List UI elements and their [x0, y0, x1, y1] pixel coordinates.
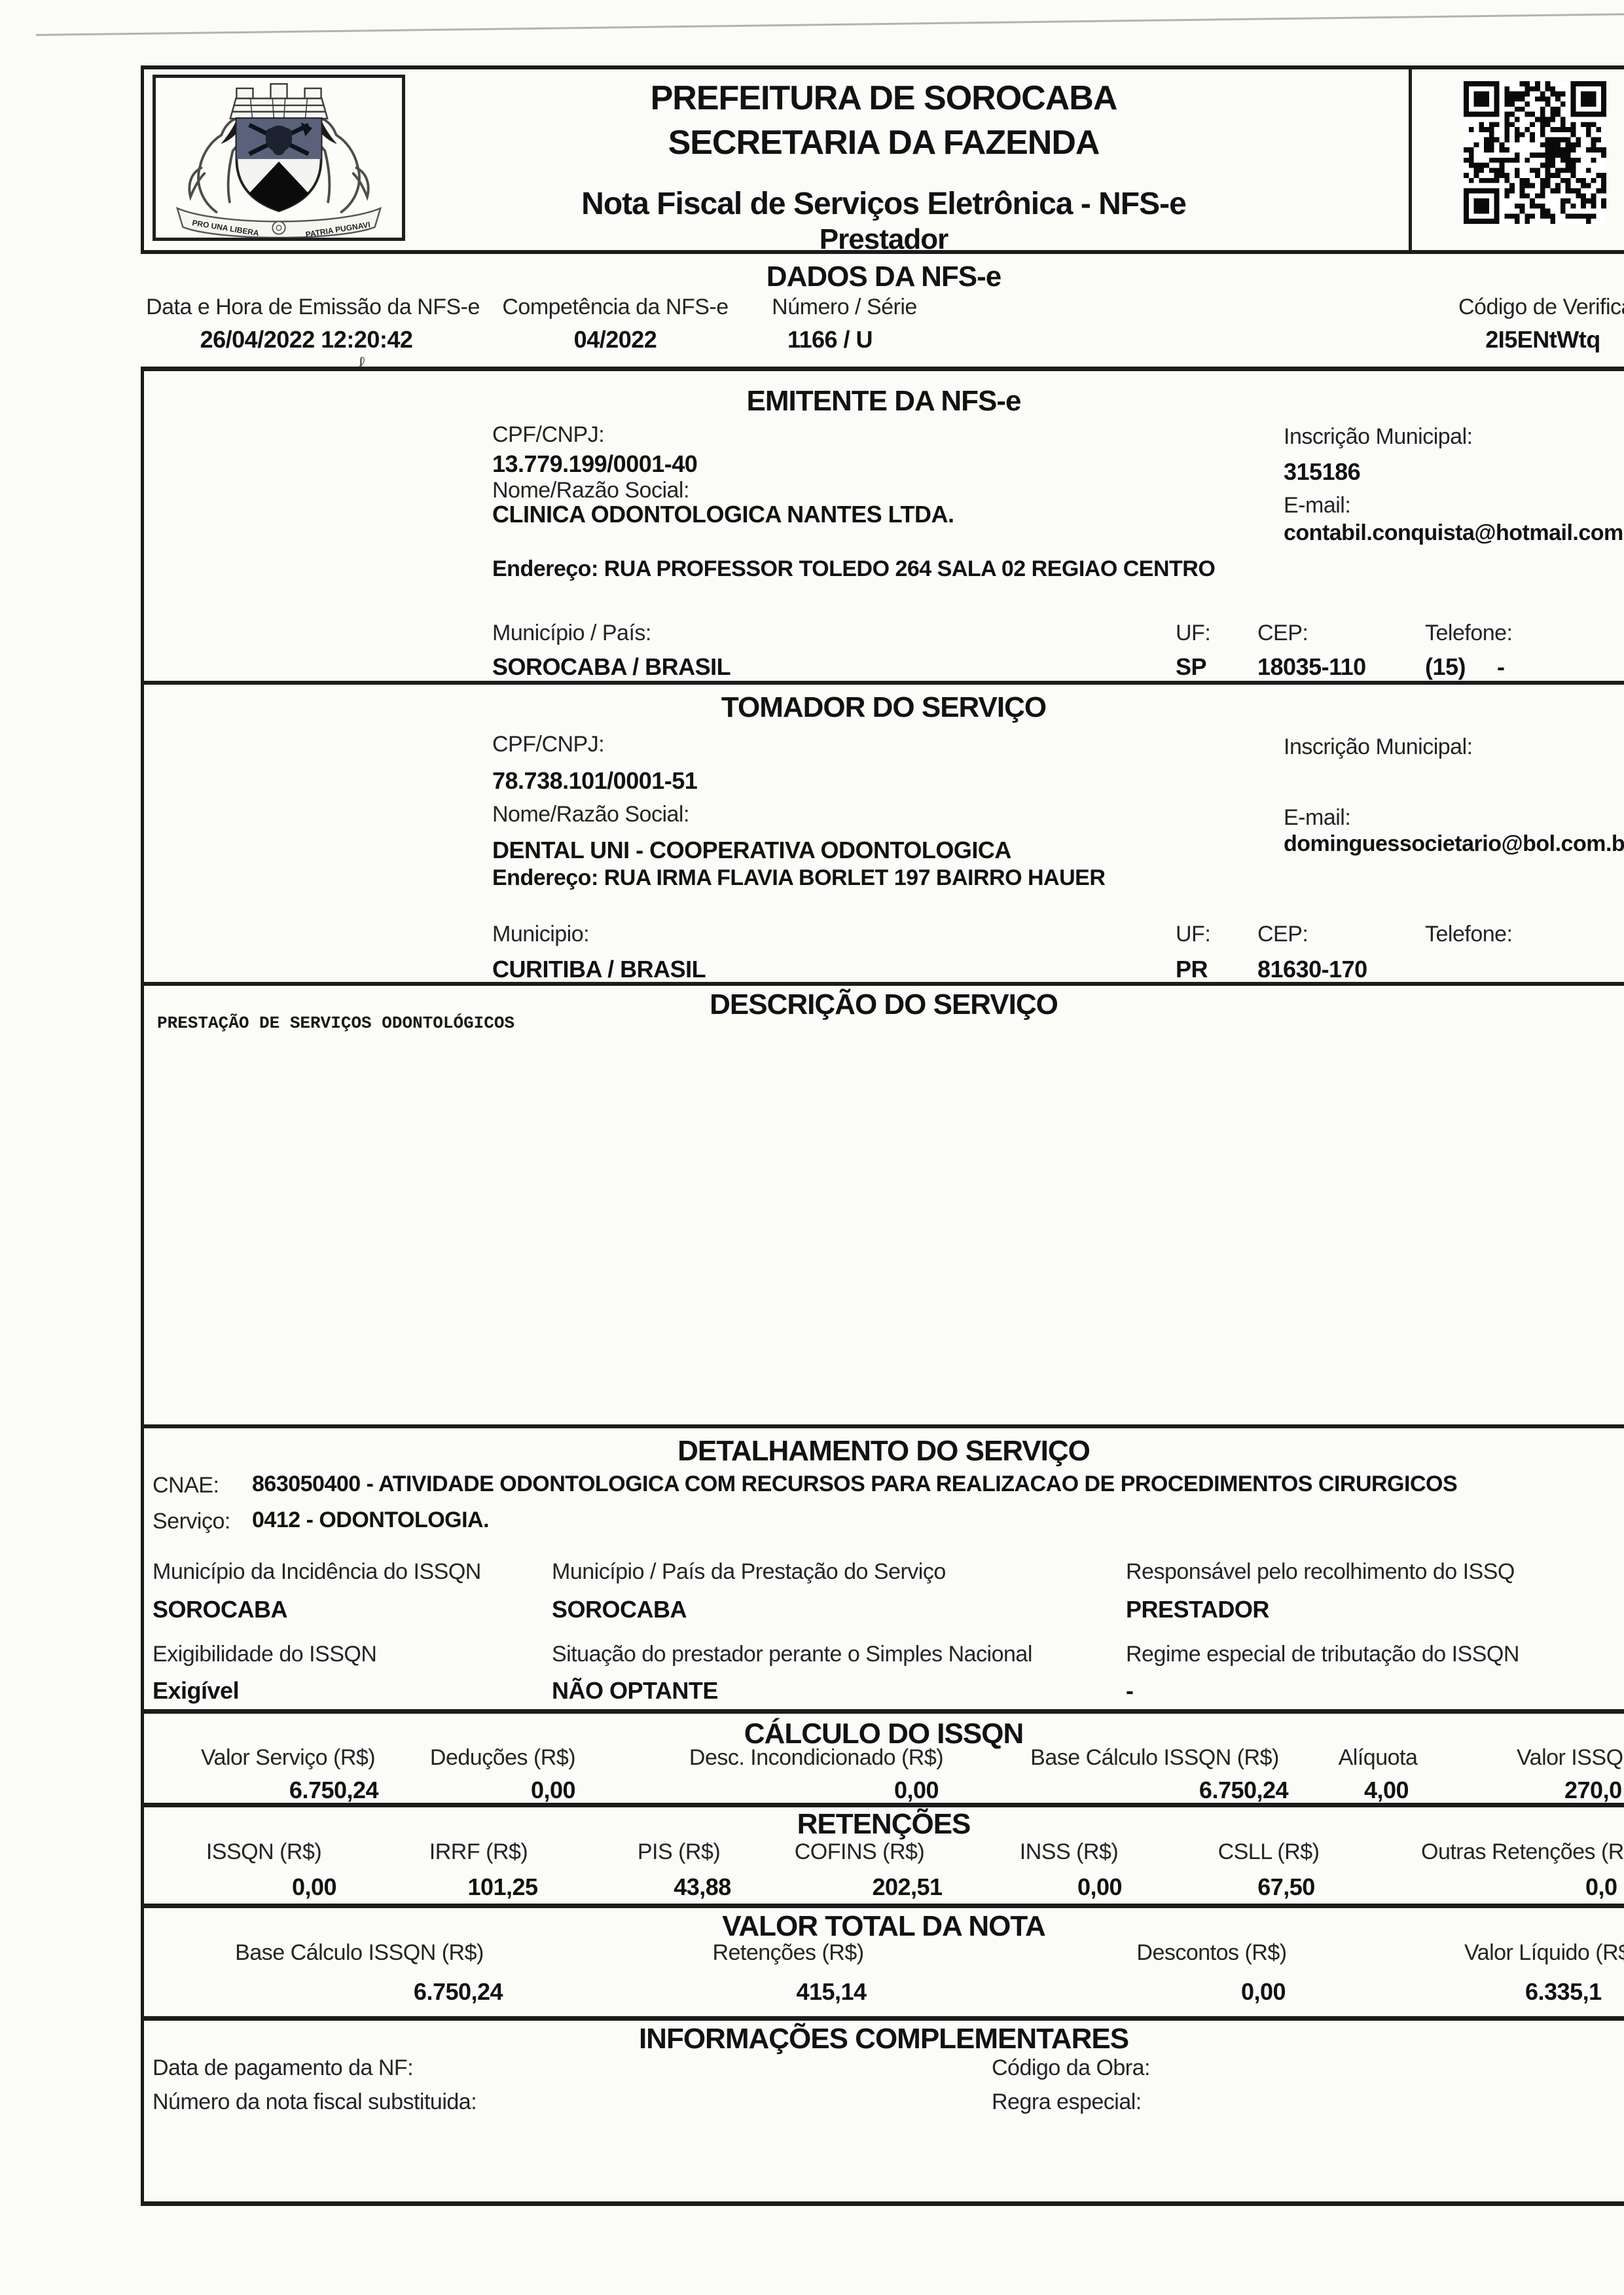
retencoes-value: 0,00: [1077, 1873, 1122, 1901]
prestacao-value: SOROCABA: [552, 1596, 687, 1623]
simples-label: Situação do prestador perante o Simples …: [552, 1642, 1032, 1667]
calculo-value: 270,0: [1564, 1777, 1622, 1804]
retencoes-value: 0,00: [292, 1873, 336, 1901]
divider-emitente-tomador: [143, 681, 1624, 685]
scan-artifact-line: [36, 13, 1624, 36]
header-dept-title: SECRETARIA DA FAZENDA: [141, 123, 1624, 162]
tomador-municipio-label: Municipio:: [492, 922, 589, 947]
detalhamento-section-title: DETALHAMENTO DO SERVIÇO: [141, 1435, 1624, 1468]
tomador-email-label: E-mail:: [1284, 805, 1350, 831]
nfse-document-page: PRO UNA LIBERA PATRIA PUGNAVI PREFEITURA…: [0, 0, 1624, 2295]
emitente-endereco: Endereço: RUA PROFESSOR TOLEDO 264 SALA …: [492, 556, 1215, 582]
tomador-nome-value: DENTAL UNI - COOPERATIVA ODONTOLOGICA: [492, 837, 1011, 864]
calculo-header: Desc. Incondicionado (R$): [689, 1745, 943, 1771]
emitente-uf-label: UF:: [1176, 621, 1210, 646]
main-box-bottom-border: [141, 2201, 1624, 2206]
calculo-header: Alíquota: [1339, 1745, 1418, 1771]
header-box-top-border: [141, 65, 1624, 69]
emitente-nome-label: Nome/Razão Social:: [492, 478, 689, 503]
calculo-value: 4,00: [1364, 1777, 1409, 1804]
codigo-value: 2I5ENtWtq: [1485, 326, 1600, 353]
valortotal-header: Base Cálculo ISSQN (R$): [235, 1940, 484, 1966]
competencia-label: Competência da NFS-e: [502, 295, 728, 320]
numero-label: Número / Série: [772, 295, 917, 320]
emitente-im-value: 315186: [1284, 458, 1360, 486]
servico-value: 0412 - ODONTOLOGIA.: [252, 1508, 489, 1533]
exigibilidade-value: Exigível: [153, 1677, 239, 1705]
responsavel-label: Responsável pelo recolhimento do ISSQ: [1126, 1559, 1515, 1585]
retencoes-header: INSS (R$): [1020, 1839, 1118, 1865]
retencoes-value: 0,0: [1585, 1873, 1617, 1901]
cnae-label: CNAE:: [153, 1473, 219, 1498]
regime-label: Regime especial de tributação do ISSQN: [1126, 1642, 1519, 1667]
codigo-label: Código de Verificaçã: [1458, 295, 1624, 320]
info-regra-label: Regra especial:: [992, 2089, 1142, 2115]
tomador-municipio-value: CURITIBA / BRASIL: [492, 956, 706, 983]
info-pagamento-label: Data de pagamento da NF:: [153, 2055, 413, 2081]
emitente-cpf-label: CPF/CNPJ:: [492, 422, 604, 448]
tomador-email-value: dominguessocietario@bol.com.br: [1284, 831, 1624, 857]
emitente-cpf-value: 13.779.199/0001-40: [492, 450, 697, 478]
valortotal-value: 415,14: [796, 1978, 866, 2006]
calculo-header: Valor Serviço (R$): [201, 1745, 375, 1771]
valortotal-header: Descontos (R$): [1136, 1940, 1286, 1966]
emitente-email-label: E-mail:: [1284, 493, 1350, 518]
emitente-municipio-value: SOROCABA / BRASIL: [492, 653, 731, 681]
emitente-municipio-label: Município / País:: [492, 621, 651, 646]
numero-value: 1166 / U: [787, 326, 873, 353]
retencoes-header: PIS (R$): [638, 1839, 720, 1865]
emitente-tel-value: (15): [1425, 653, 1466, 681]
qr-code: [1464, 81, 1606, 224]
tomador-uf-label: UF:: [1176, 922, 1210, 947]
competencia-value: 04/2022: [574, 326, 657, 353]
tomador-cep-label: CEP:: [1257, 922, 1308, 947]
divider-detalhamento-calculo: [143, 1709, 1624, 1714]
divider-descricao-detalhamento: [143, 1424, 1624, 1428]
tomador-tel-label: Telefone:: [1425, 922, 1513, 947]
simples-value: NÃO OPTANTE: [552, 1677, 718, 1705]
valortotal-section-title: VALOR TOTAL DA NOTA: [141, 1910, 1624, 1943]
tomador-nome-label: Nome/Razão Social:: [492, 802, 689, 827]
retencoes-header: CSLL (R$): [1218, 1839, 1320, 1865]
info-substituida-label: Número da nota fiscal substituida:: [153, 2089, 477, 2115]
retencoes-value: 202,51: [872, 1873, 942, 1901]
retencoes-section-title: RETENÇÕES: [141, 1808, 1624, 1841]
incidencia-label: Município da Incidência do ISSQN: [153, 1559, 481, 1585]
retencoes-value: 101,25: [467, 1873, 537, 1901]
main-box-top-border: [141, 367, 1624, 371]
valortotal-value: 0,00: [1241, 1978, 1286, 2006]
calculo-header: Base Cálculo ISSQN (R$): [1030, 1745, 1279, 1771]
scan-artifact-mark: ℓ: [359, 353, 365, 376]
divider-valortotal-info: [143, 2016, 1624, 2021]
calculo-value: 0,00: [894, 1777, 939, 1804]
retencoes-header: Outras Retenções (R$: [1421, 1839, 1624, 1865]
descricao-text: PRESTAÇÃO DE SERVIÇOS ODONTOLÓGICOS: [157, 1013, 514, 1033]
emitente-uf-value: SP: [1176, 653, 1206, 681]
header-role-title: Prestador: [141, 223, 1624, 256]
info-section-title: INFORMAÇÕES COMPLEMENTARES: [141, 2023, 1624, 2055]
tomador-endereco: Endereço: RUA IRMA FLAVIA BORLET 197 BAI…: [492, 865, 1105, 891]
retencoes-value: 67,50: [1257, 1873, 1315, 1901]
emitente-tel-label: Telefone:: [1425, 621, 1513, 646]
retencoes-header: ISSQN (R$): [206, 1839, 321, 1865]
divider-retencoes-valortotal: [143, 1904, 1624, 1908]
retencoes-header: COFINS (R$): [795, 1839, 925, 1865]
exigibilidade-label: Exigibilidade do ISSQN: [153, 1642, 376, 1667]
dados-section-title: DADOS DA NFS-e: [141, 261, 1624, 293]
emissao-label: Data e Hora de Emissão da NFS-e: [146, 295, 480, 320]
valortotal-value: 6.750,24: [414, 1978, 503, 2006]
emitente-nome-value: CLINICA ODONTOLOGICA NANTES LTDA.: [492, 501, 954, 528]
retencoes-value: 43,88: [674, 1873, 731, 1901]
header-doc-title: Nota Fiscal de Serviços Eletrônica - NFS…: [141, 186, 1624, 222]
responsavel-value: PRESTADOR: [1126, 1596, 1269, 1623]
emitente-email-value: contabil.conquista@hotmail.com: [1284, 520, 1623, 546]
emitente-tel-value2: -: [1497, 653, 1505, 681]
emissao-value: 26/04/2022 12:20:42: [200, 326, 413, 353]
tomador-uf-value: PR: [1176, 956, 1208, 983]
divider-calculo-retencoes: [143, 1803, 1624, 1807]
tomador-section-title: TOMADOR DO SERVIÇO: [141, 691, 1624, 724]
emitente-cep-label: CEP:: [1257, 621, 1308, 646]
retencoes-header: IRRF (R$): [429, 1839, 528, 1865]
tomador-cpf-label: CPF/CNPJ:: [492, 732, 604, 757]
tomador-cpf-value: 78.738.101/0001-51: [492, 767, 697, 795]
emitente-im-label: Inscrição Municipal:: [1284, 424, 1473, 450]
prestacao-label: Município / País da Prestação do Serviço: [552, 1559, 946, 1585]
header-org-title: PREFEITURA DE SOROCABA: [141, 79, 1624, 118]
calculo-header: Valor ISSQ: [1517, 1745, 1623, 1771]
tomador-im-label: Inscrição Municipal:: [1284, 734, 1473, 760]
calculo-value: 6.750,24: [289, 1777, 378, 1804]
calculo-header: Deduções (R$): [430, 1745, 575, 1771]
calculo-value: 6.750,24: [1199, 1777, 1288, 1804]
valortotal-value: 6.335,1: [1525, 1978, 1602, 2006]
info-obra-label: Código da Obra:: [992, 2055, 1150, 2081]
incidencia-value: SOROCABA: [153, 1596, 287, 1623]
emitente-section-title: EMITENTE DA NFS-e: [141, 385, 1624, 418]
valortotal-header: Valor Líquido (R$: [1464, 1940, 1624, 1966]
valortotal-header: Retenções (R$): [712, 1940, 863, 1966]
calculo-value: 0,00: [531, 1777, 575, 1804]
divider-tomador-descricao: [143, 982, 1624, 986]
cnae-value: 863050400 - ATIVIDADE ODONTOLOGICA COM R…: [252, 1472, 1457, 1497]
regime-value: -: [1126, 1677, 1134, 1705]
emitente-cep-value: 18035-110: [1257, 653, 1366, 681]
tomador-cep-value: 81630-170: [1257, 956, 1367, 983]
servico-label: Serviço:: [153, 1509, 230, 1534]
